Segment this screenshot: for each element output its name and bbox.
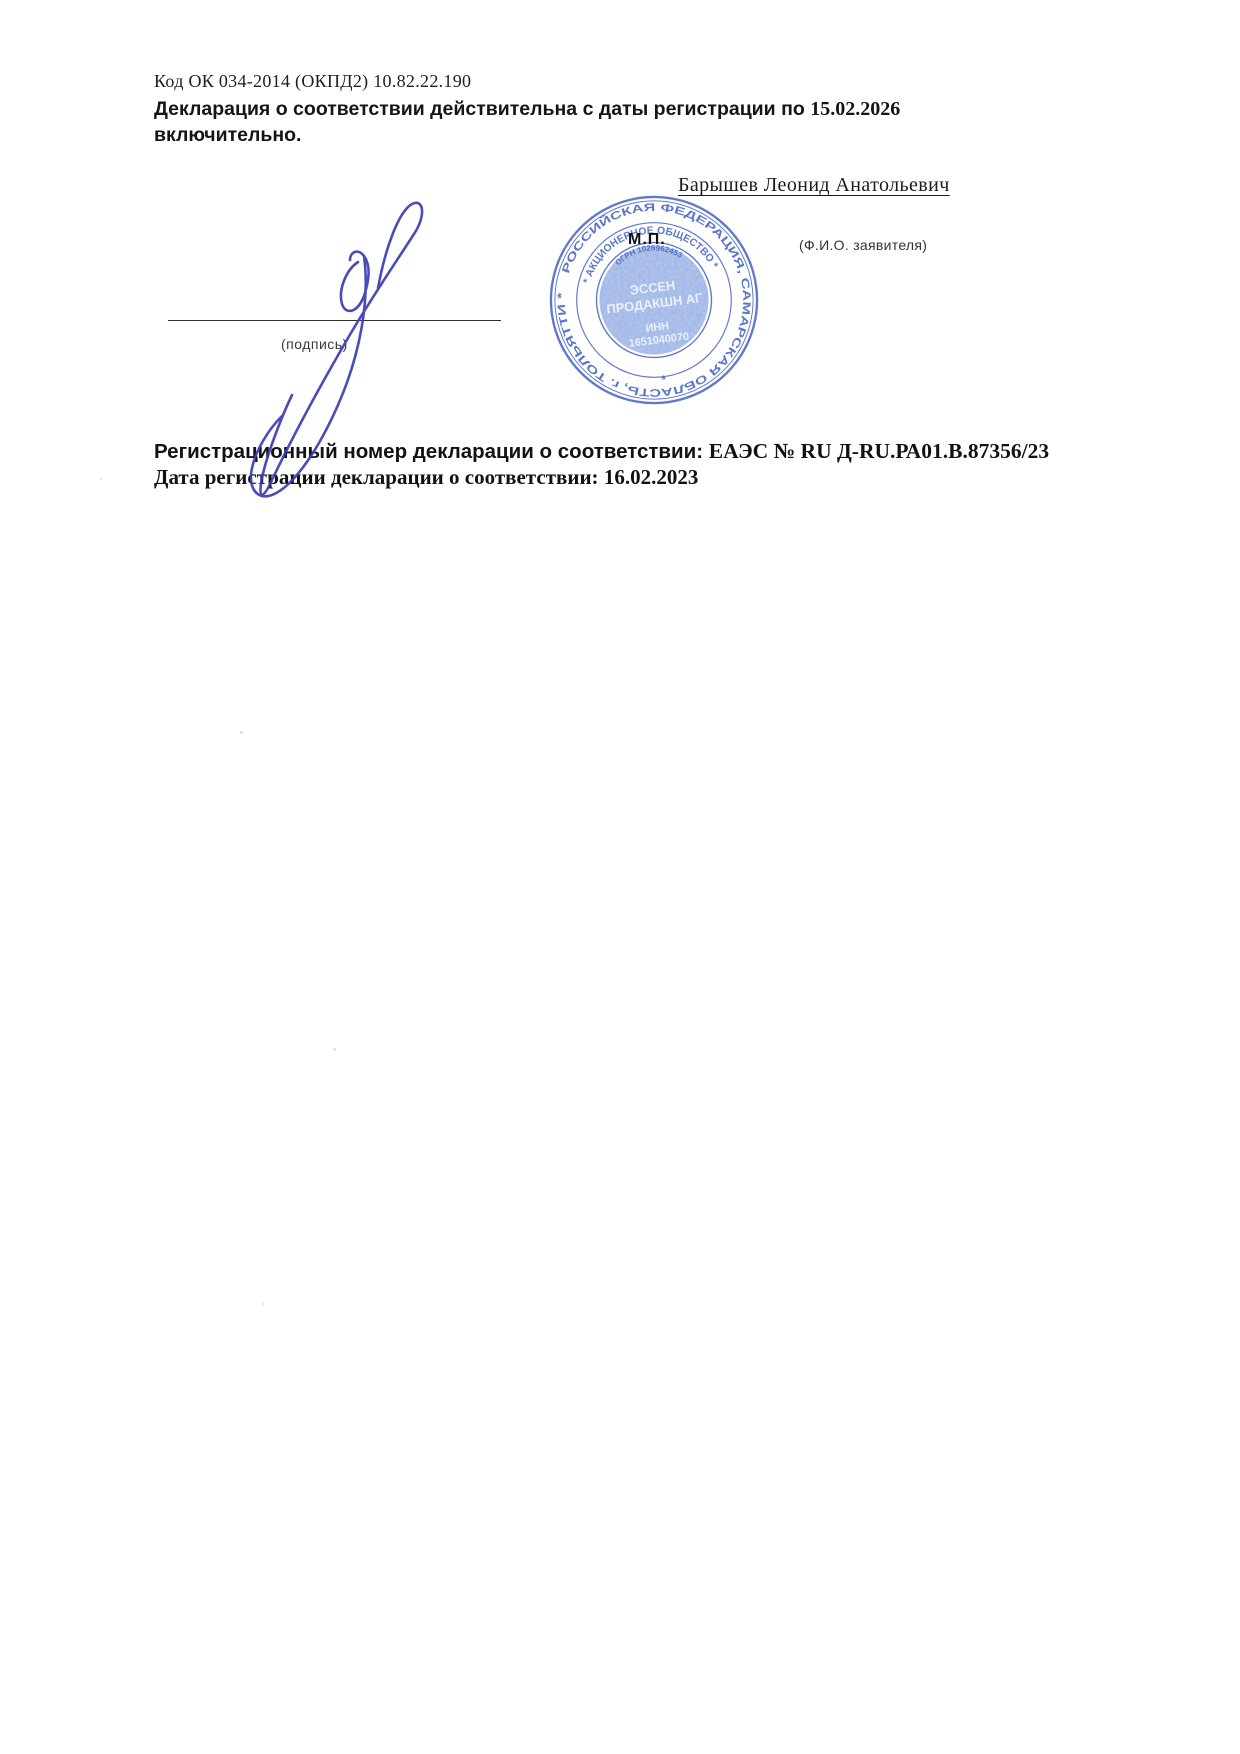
mp-seal-mark: М.П.: [628, 231, 666, 249]
validity-expiry-date: 15.02.2026: [810, 98, 900, 120]
stamp-bottom-star: *: [661, 372, 668, 387]
registration-number-value: ЕАЭС № RU Д-RU.РА01.В.87356/23: [709, 439, 1049, 463]
applicant-name: Барышев Леонид Анатольевич: [678, 174, 950, 197]
company-stamp: РОССИЙСКАЯ ФЕДЕРАЦИЯ, САМАРСКАЯ ОБЛАСТЬ,…: [534, 180, 775, 421]
scan-speck: [240, 731, 243, 734]
scan-speck: [333, 1048, 336, 1051]
validity-statement: Декларация о соответствии действительна …: [154, 96, 1014, 148]
registration-date-value: 16.02.2023: [604, 465, 699, 489]
validity-text-prefix: Декларация о соответствии действительна …: [154, 98, 810, 120]
okpd-code-line: Код ОК 034-2014 (ОКПД2) 10.82.22.190: [154, 71, 471, 92]
applicant-caption: (Ф.И.О. заявителя): [799, 237, 927, 253]
signature-scribble: [200, 190, 440, 510]
document-page: Код ОК 034-2014 (ОКПД2) 10.82.22.190 Дек…: [0, 0, 1240, 1754]
signature-stroke-main: [260, 203, 422, 495]
validity-text-suffix: включительно.: [154, 124, 301, 146]
scan-speck: [262, 1303, 264, 1305]
scan-speck: [100, 478, 102, 480]
signature-stroke-loop: [251, 252, 369, 497]
